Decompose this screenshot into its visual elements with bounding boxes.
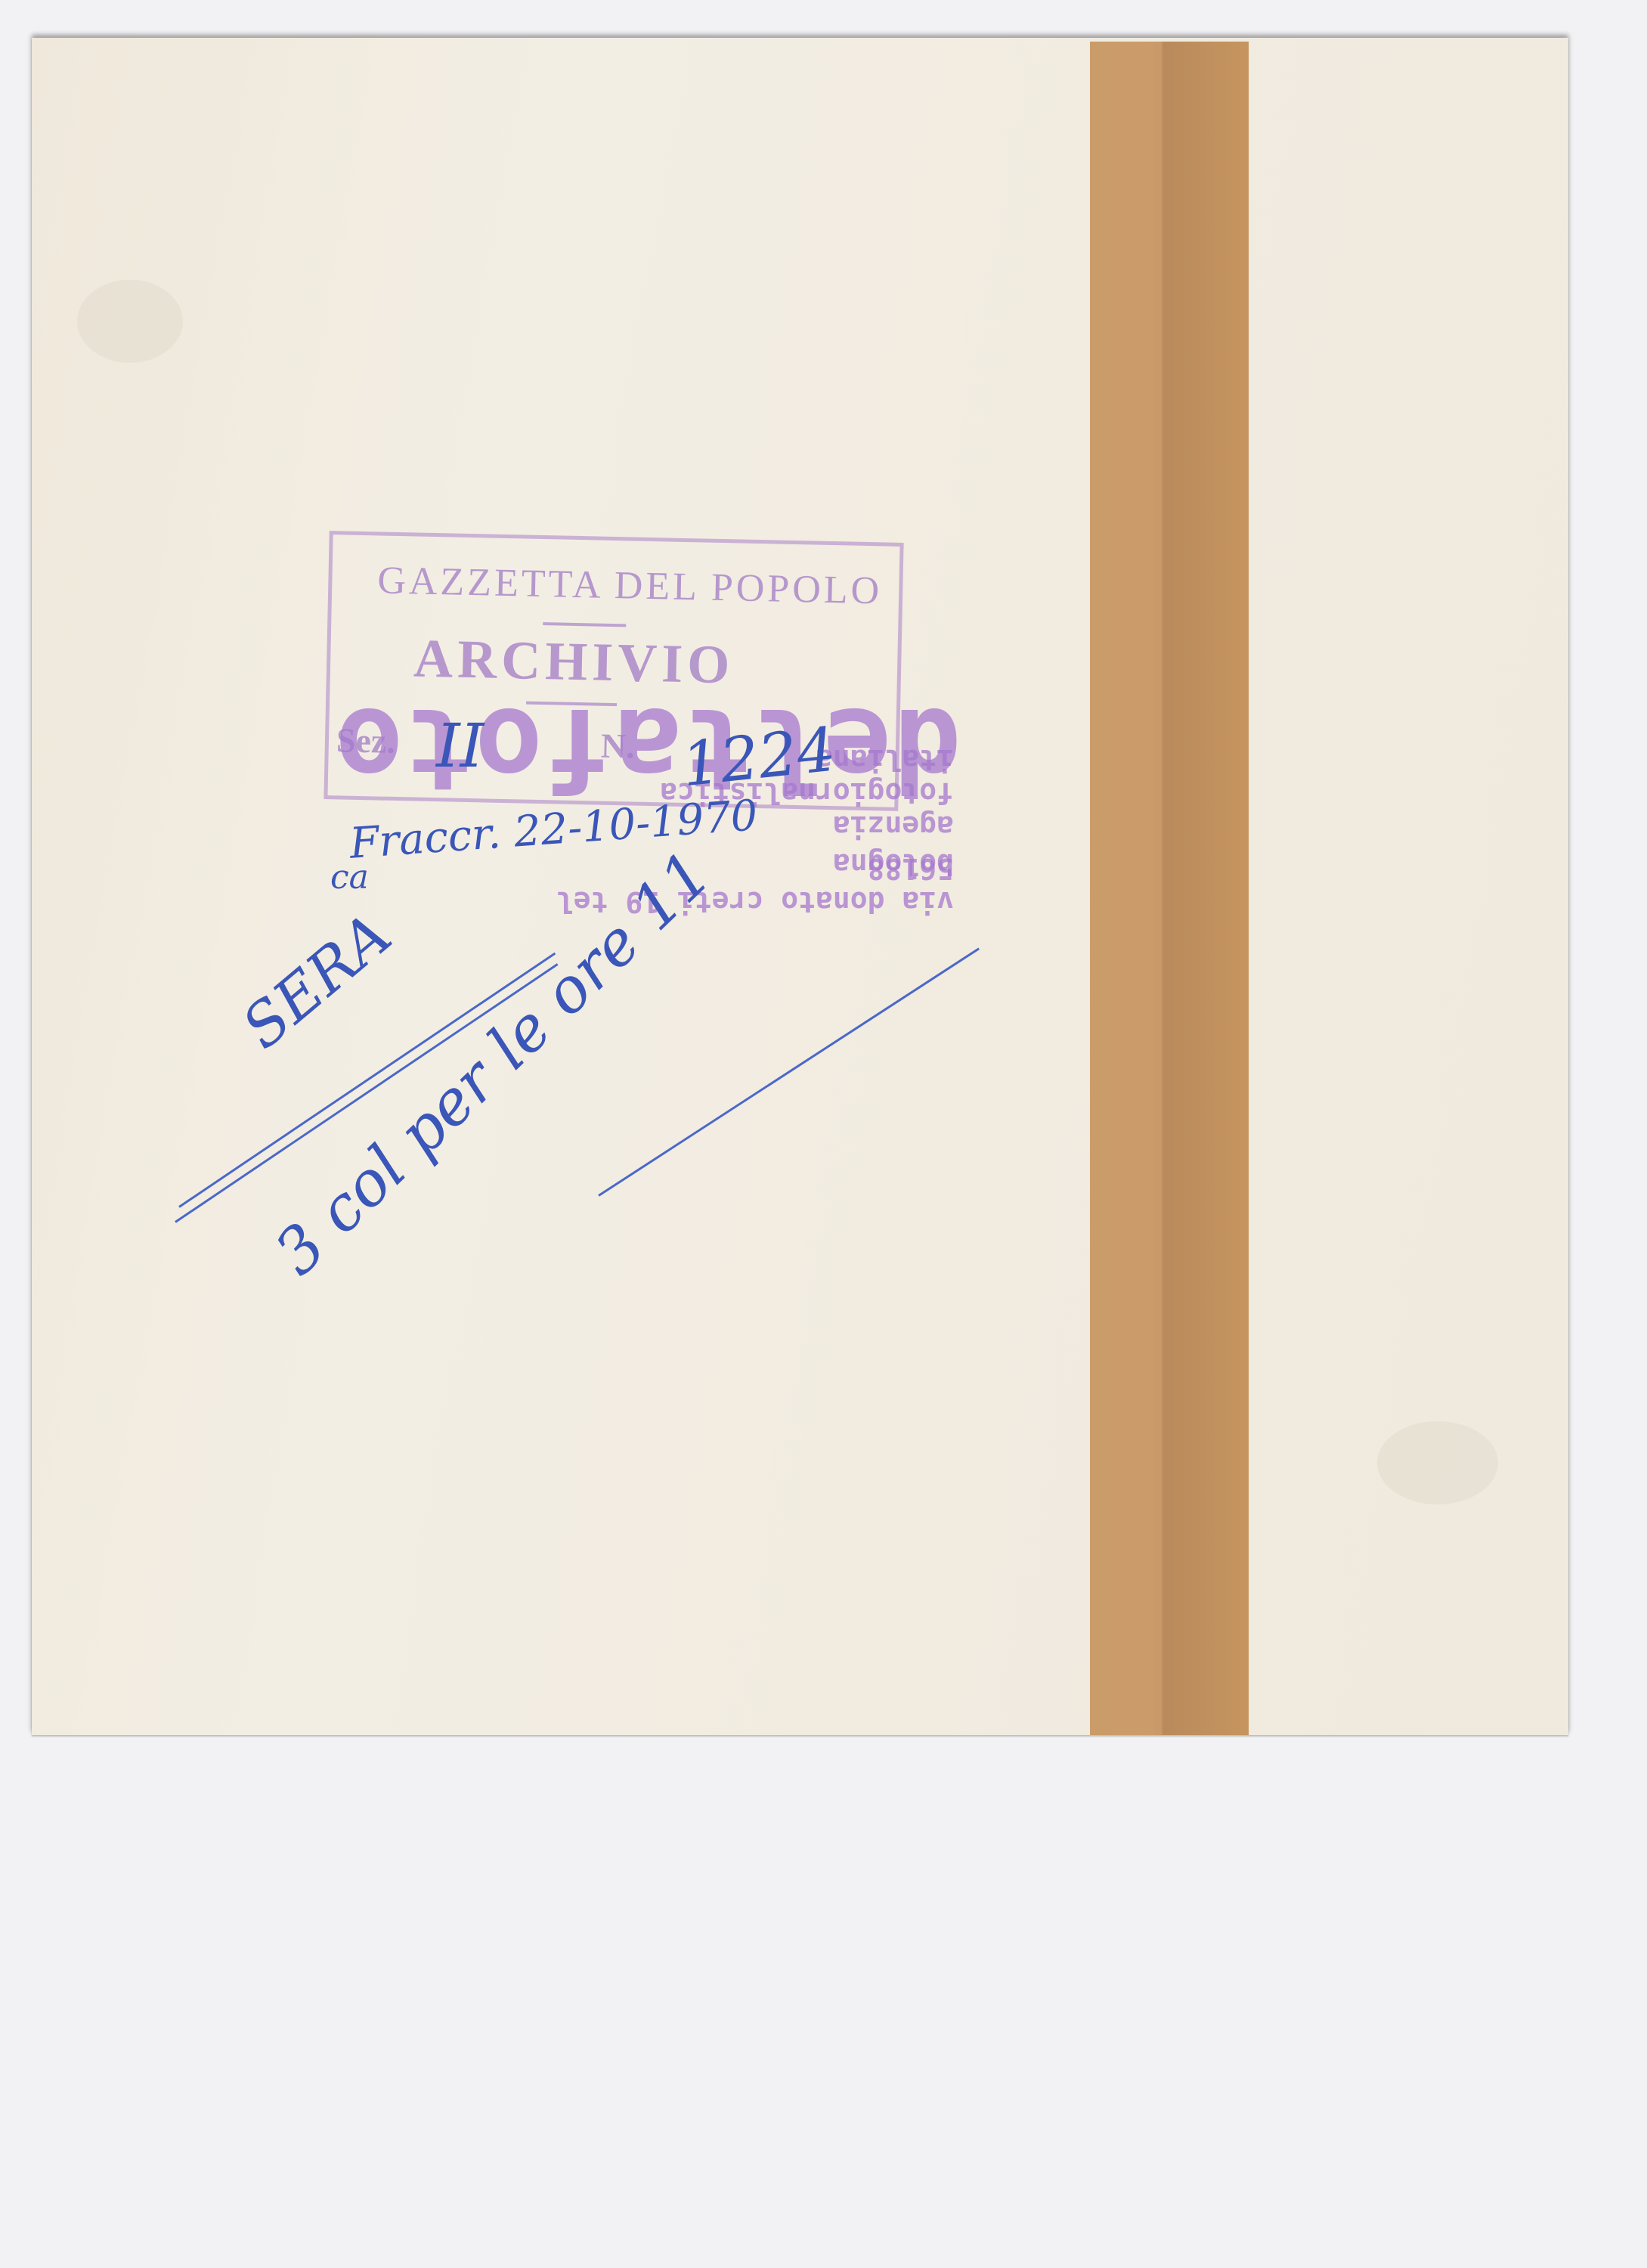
- pen-arrow-line: [598, 947, 980, 1196]
- stain: [1377, 1421, 1498, 1504]
- agency-stamp-logo: deltafoto: [333, 692, 961, 805]
- photo-back-page: GAZZETTA DEL POPOLO ARCHIVIO Sez. N. bol…: [32, 38, 1568, 1735]
- agency-stamp-address: via donato creti 19 tel 56188: [531, 852, 954, 919]
- handwritten-sez: II: [436, 711, 484, 781]
- stamp-rule: [543, 622, 626, 627]
- tape-overlap: [1090, 42, 1154, 1735]
- archive-stamp-header: GAZZETTA DEL POPOLO: [377, 558, 883, 613]
- handwritten-mark: ca: [330, 858, 369, 897]
- handwritten-instruction: 3 col per le ore 11: [262, 838, 725, 1289]
- stain: [77, 280, 183, 363]
- handwritten-edition: SERA: [230, 900, 404, 1062]
